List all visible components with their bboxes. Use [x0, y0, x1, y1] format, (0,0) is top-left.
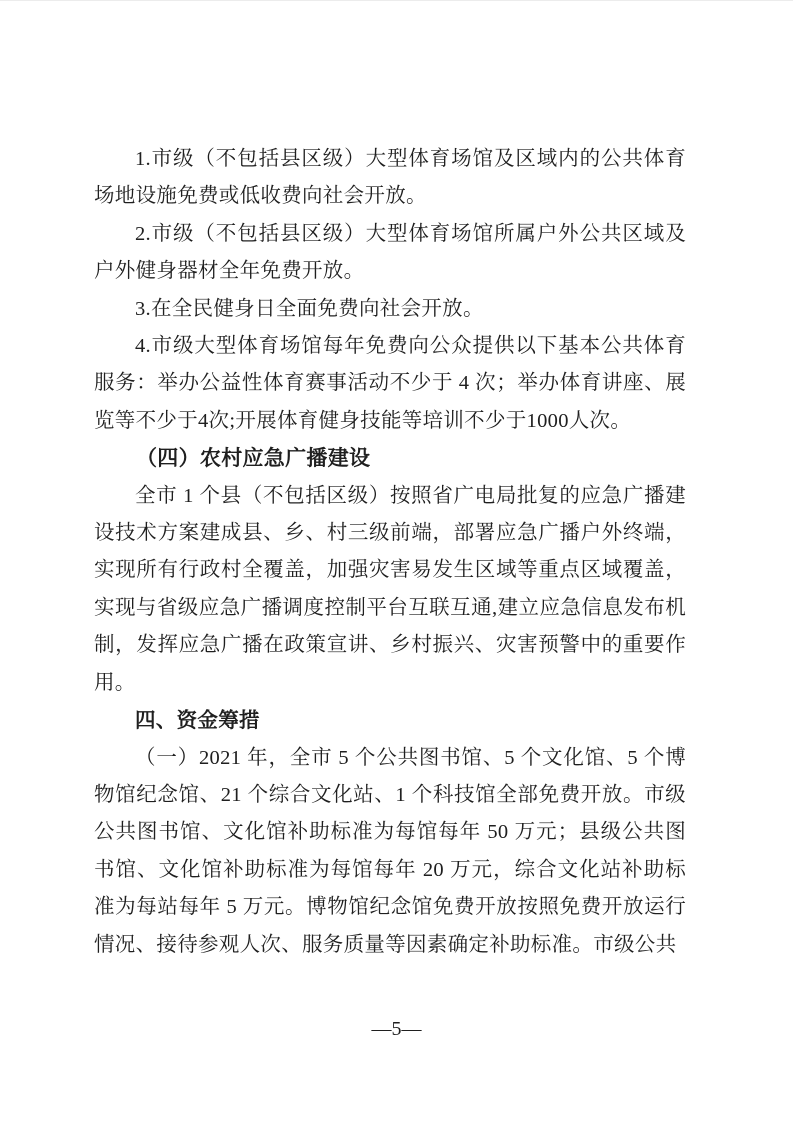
heading-rural-emergency-broadcast: （四）农村应急广播建设: [94, 440, 686, 477]
para-item-1: 1.市级（不包括县区级）大型体育场馆及区域内的公共体育场地设施免费或低收费向社会…: [94, 141, 686, 216]
para-funding: （一）2021 年，全市 5 个公共图书馆、5 个文化馆、5 个博物馆纪念馆、2…: [94, 740, 686, 964]
document-body: 1.市级（不包括县区级）大型体育场馆及区域内的公共体育场地设施免费或低收费向社会…: [94, 141, 686, 964]
para-item-2: 2.市级（不包括县区级）大型体育场馆所属户外公共区域及户外健身器材全年免费开放。: [94, 216, 686, 291]
para-item-4: 4.市级大型体育场馆每年免费向公众提供以下基本公共体育服务：举办公益性体育赛事活…: [94, 328, 686, 440]
para-rural-emergency-broadcast: 全市 1 个县（不包括区级）按照省广电局批复的应急广播建设技术方案建成县、乡、村…: [94, 478, 686, 702]
heading-funding: 四、资金筹措: [94, 702, 686, 739]
document-page: 1.市级（不包括县区级）大型体育场馆及区域内的公共体育场地设施免费或低收费向社会…: [0, 1, 793, 1123]
page-number: —5—: [0, 1014, 793, 1044]
para-item-3: 3.在全民健身日全面免费向社会开放。: [94, 291, 686, 328]
